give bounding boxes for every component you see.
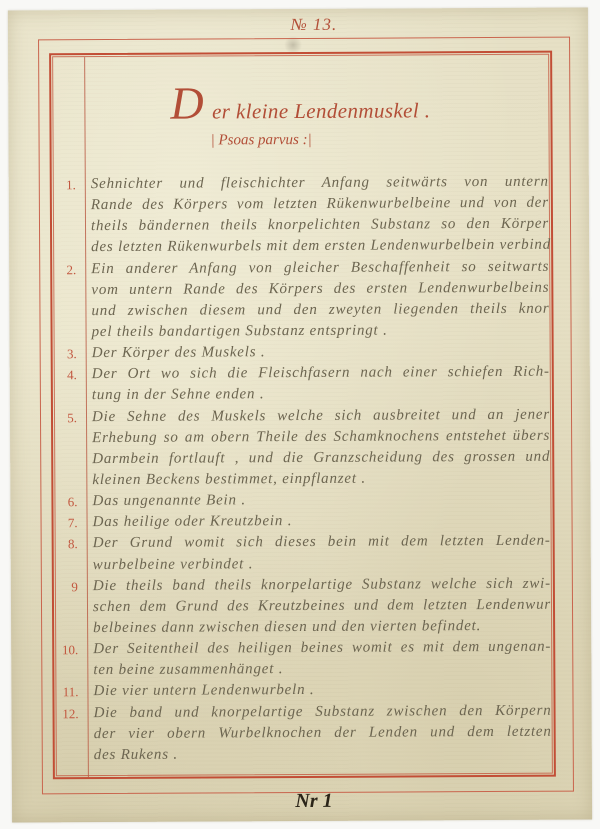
page-number-header: № 13. xyxy=(264,15,364,36)
item-line: schen dem Grund des Kreutzbeines und dem… xyxy=(93,595,551,619)
item-line: Das heilige oder Kreutzbein . xyxy=(93,510,551,534)
item-line: Die vier untern Lendenwurbeln . xyxy=(93,679,551,703)
item-number: 5. xyxy=(55,407,77,428)
item-line: wurbelbeine verbindet . xyxy=(93,552,551,576)
list-item-7: 7. Das heilige oder Kreutzbein . xyxy=(56,510,556,534)
item-number: 9 xyxy=(56,576,78,597)
item-line: Ein anderer Anfang von gleicher Beschaff… xyxy=(91,256,549,280)
item-line: der vier obern Wurbelknochen der Lenden … xyxy=(94,721,552,745)
item-line: Das ungenannte Bein . xyxy=(92,489,550,513)
latin-subtitle: | Psoas parvus :| xyxy=(211,130,312,151)
list-item-2: 2. Ein anderer Anfang von gleicher Besch… xyxy=(54,256,554,343)
item-line: Sehnichter und fleischichter Anfang seit… xyxy=(91,172,549,196)
item-number: 7. xyxy=(56,512,78,533)
item-text: Sehnichter und fleischichter Anfang seit… xyxy=(91,172,549,259)
list-item-10: 10. Der Seitentheil des heiligen beines … xyxy=(56,637,556,682)
list-item-5: 5. Die Sehne des Muskels welche sich aus… xyxy=(55,404,555,491)
item-number: 2. xyxy=(54,259,76,280)
item-line: kleinen Beckens bestimmet, einpflanzet . xyxy=(92,468,550,492)
item-number: 10. xyxy=(56,639,78,660)
item-line: und zwischen diesem und den zweyten lieg… xyxy=(91,299,549,323)
item-line: vom untern Rande des Körpers des ersten … xyxy=(91,277,549,301)
item-text: Die theils band theils knorpelartige Sub… xyxy=(93,573,551,639)
item-number: 8. xyxy=(56,534,78,555)
item-line: belbeines dann zwischen diesen und den v… xyxy=(93,616,551,640)
item-line: Der Körper des Muskels . xyxy=(92,341,550,365)
item-text: Der Seitentheil des heiligen beines womi… xyxy=(93,637,551,682)
list-item-11: 11. Die vier untern Lendenwurbeln . xyxy=(56,679,556,703)
item-line: Erhebung so am obern Theile des Schamkno… xyxy=(92,425,550,449)
item-line: theils bändernen theils knorpelichten Su… xyxy=(91,214,549,238)
item-line: Der Seitentheil des heiligen beines womi… xyxy=(93,637,551,661)
item-text: Die band und knorpelartige Substanz zwis… xyxy=(94,700,552,766)
item-text: Das ungenannte Bein . xyxy=(92,489,550,513)
item-text: Die Sehne des Muskels welche sich ausbre… xyxy=(92,404,550,491)
item-text: Der Ort wo sich die Fleischfasern nach e… xyxy=(92,362,550,407)
item-line: Die band und knorpelartige Substanz zwis… xyxy=(94,700,552,724)
item-line: Rande des Körpers vom letzten Rükenwurbe… xyxy=(91,193,549,217)
item-text: Ein anderer Anfang von gleicher Beschaff… xyxy=(91,256,549,343)
item-number: 4. xyxy=(55,364,77,385)
item-line: des Rukens . xyxy=(94,743,552,767)
list-item-4: 4. Der Ort wo sich die Fleischfasern nac… xyxy=(55,362,555,407)
item-line: des letzten Rükenwurbels mit dem ersten … xyxy=(91,235,549,259)
item-line: Die theils band theils knorpelartige Sub… xyxy=(93,573,551,597)
list-item-9: 9 Die theils band theils knorpelartige S… xyxy=(56,573,556,639)
item-line: Der Ort wo sich die Fleischfasern nach e… xyxy=(92,362,550,386)
item-line: pel theils bandartigen Substanz entsprin… xyxy=(92,320,550,344)
footer-mark: Nr 1 xyxy=(264,790,364,814)
page-title: Der kleine Lendenmuskel . xyxy=(170,77,500,137)
item-text: Die vier untern Lendenwurbeln . xyxy=(93,679,551,703)
numbered-item-list: 1. Sehnichter und fleischichter Anfang s… xyxy=(54,172,557,767)
item-number: 1. xyxy=(54,174,76,195)
item-number: 11. xyxy=(56,682,78,703)
item-text: Der Körper des Muskels . xyxy=(92,341,550,365)
item-line: ten beine zusammenhänget . xyxy=(93,658,551,682)
item-number: 12. xyxy=(57,703,79,724)
item-number: 3. xyxy=(55,343,77,364)
list-item-3: 3. Der Körper des Muskels . xyxy=(55,341,555,365)
list-item-8: 8. Der Grund womit sich dieses bein mit … xyxy=(56,531,556,576)
list-item-1: 1. Sehnichter und fleischichter Anfang s… xyxy=(54,172,554,259)
manuscript-sheet: № 13. Der kleine Lendenmuskel . | Psoas … xyxy=(0,0,600,829)
item-line: Der Grund womit sich dieses bein mit dem… xyxy=(93,531,551,555)
list-item-6: 6. Das ungenannte Bein . xyxy=(55,489,555,513)
item-line: Die Sehne des Muskels welche sich ausbre… xyxy=(92,404,550,428)
item-text: Das heilige oder Kreutzbein . xyxy=(93,510,551,534)
item-number: 6. xyxy=(55,491,77,512)
item-text: Der Grund womit sich dieses bein mit dem… xyxy=(93,531,551,576)
list-item-12: 12. Die band und knorpelartige Substanz … xyxy=(57,700,557,766)
item-line: tung in der Sehne enden . xyxy=(92,383,550,407)
item-line: Darmbein fortlauft , und die Granzscheid… xyxy=(92,447,550,471)
